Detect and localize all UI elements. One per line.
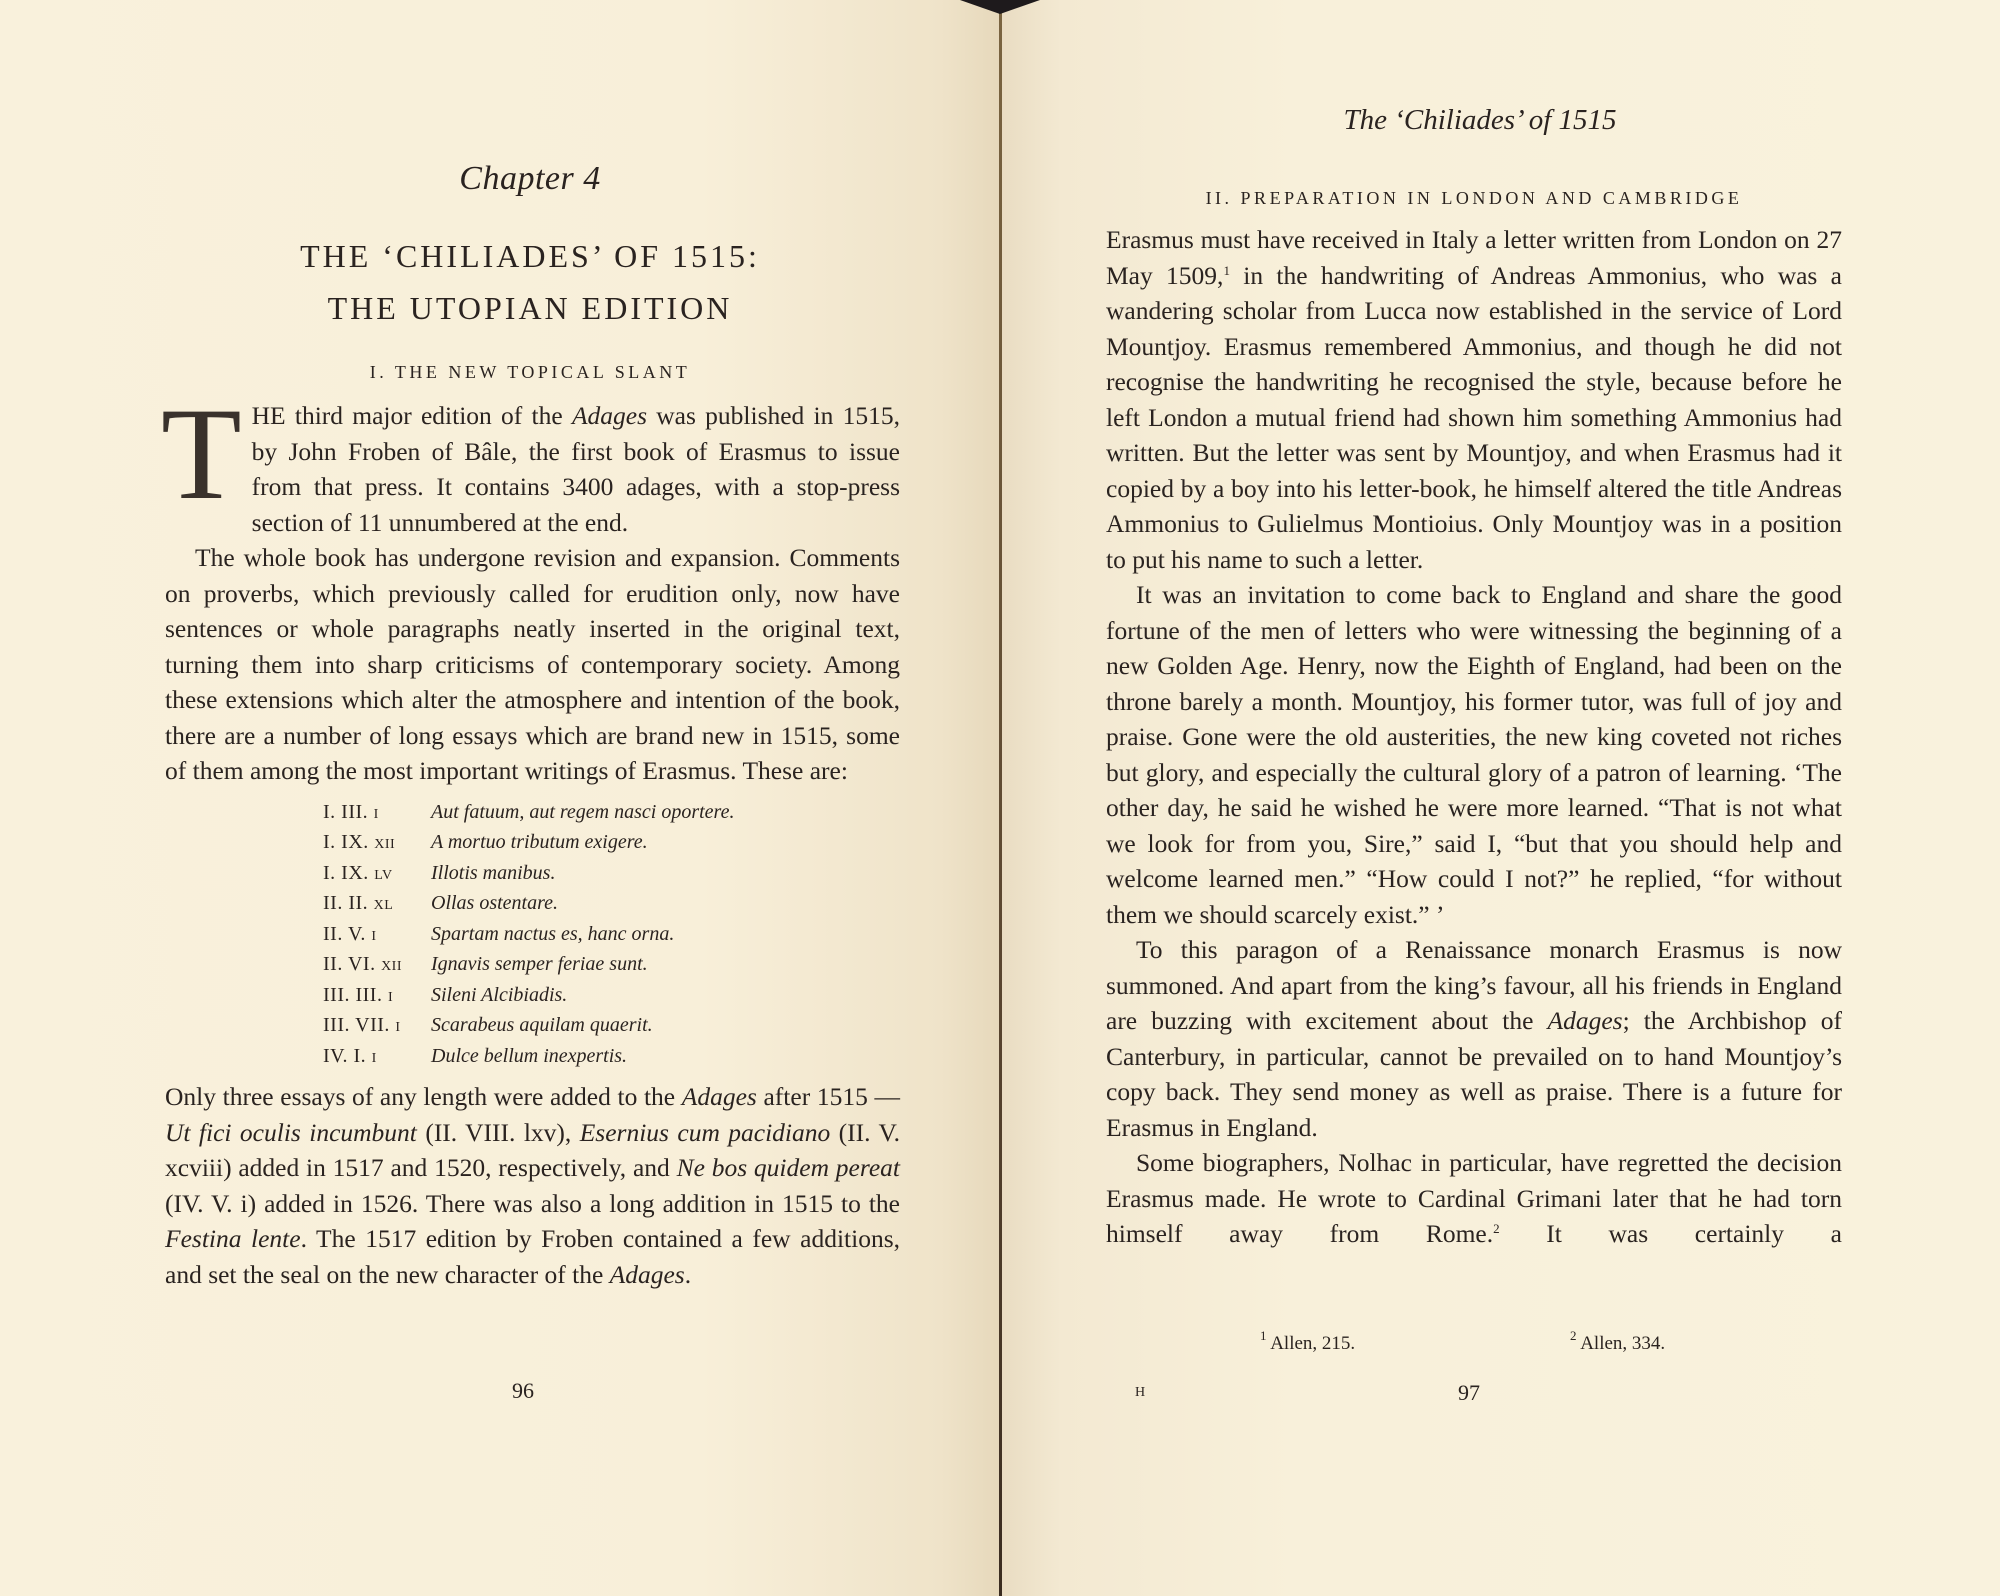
paragraph-1: Erasmus must have received in Italy a le…	[1106, 222, 1842, 577]
adage-title: Ignavis semper feriae sunt.	[431, 949, 648, 980]
adage-ref: III. VII. i	[323, 1010, 431, 1041]
book-spread: Chapter 4 THE ‘CHILIADES’ OF 1515: THE U…	[0, 0, 2000, 1596]
adage-title: Illotis manibus.	[431, 858, 555, 889]
italic-title: Adages	[682, 1082, 757, 1111]
adage-row: II. VI. xiiIgnavis semper feriae sunt.	[323, 949, 900, 980]
drop-cap: T	[161, 402, 242, 506]
paragraph-1: THE third major edition of the Adages wa…	[165, 398, 900, 540]
text-run: (IV. V. i) added in 1526. There was also…	[165, 1189, 900, 1218]
adage-row: IV. I. iDulce bellum inexpertis.	[323, 1041, 900, 1072]
paragraph-2: The whole book has undergone revision an…	[165, 540, 900, 789]
italic-title: Adages	[1548, 1006, 1623, 1035]
book-spine-gutter	[999, 8, 1002, 1596]
paragraph-2: It was an invitation to come back to Eng…	[1106, 577, 1842, 932]
chapter-title-line2: THE UTOPIAN EDITION	[150, 282, 910, 334]
adage-ref: I. IX. xii	[323, 827, 431, 858]
chapter-title-line1: THE ‘CHILIADES’ OF 1515:	[150, 230, 910, 282]
footnote-1: 1 Allen, 215.	[1260, 1333, 1355, 1355]
page-number-left: 96	[512, 1378, 534, 1404]
text-run: It was certainly a	[1500, 1219, 1842, 1248]
footnote-2: 2 Allen, 334.	[1570, 1333, 1665, 1355]
page-number-right: 97	[1458, 1380, 1480, 1406]
adage-row: II. V. iSpartam nactus es, hanc orna.	[323, 919, 900, 950]
adage-ref: I. III. i	[323, 797, 431, 828]
adage-ref: II. V. i	[323, 919, 431, 950]
text-run: in the handwriting of Andreas Ammonius, …	[1106, 261, 1842, 574]
text-run: (II. VIII. lxv),	[417, 1118, 580, 1147]
left-page: Chapter 4 THE ‘CHILIADES’ OF 1515: THE U…	[0, 0, 1001, 1596]
left-body-text: THE third major edition of the Adages wa…	[165, 398, 900, 1292]
adage-list: I. III. iAut fatuum, aut regem nasci opo…	[323, 797, 900, 1072]
italic-title: Adages	[572, 401, 647, 430]
italic-title: Ne bos quidem pereat	[677, 1153, 900, 1182]
adage-ref: I. IX. lv	[323, 858, 431, 889]
adage-row: III. III. iSileni Alcibiadis.	[323, 980, 900, 1011]
text-run: HE third major edition of the	[252, 401, 572, 430]
italic-title: Festina lente	[165, 1224, 301, 1253]
adage-title: Dulce bellum inexpertis.	[431, 1041, 627, 1072]
text-run: after 1515 —	[757, 1082, 900, 1111]
italic-title: Adages	[610, 1260, 685, 1289]
adage-row: II. II. xlOllas ostentare.	[323, 888, 900, 919]
adage-title: Scarabeus aquilam quaerit.	[431, 1010, 653, 1041]
adage-title: Spartam nactus es, hanc orna.	[431, 919, 674, 950]
adage-title: Sileni Alcibiadis.	[431, 980, 567, 1011]
italic-title: Ut fici oculis incumbunt	[165, 1118, 417, 1147]
text-run: Only three essays of any length were add…	[165, 1082, 682, 1111]
adage-ref: IV. I. i	[323, 1041, 431, 1072]
running-head: The ‘Chiliades’ of 1515	[1100, 104, 1860, 137]
adage-title: A mortuo tributum exigere.	[431, 827, 648, 858]
text-run: .	[685, 1260, 691, 1289]
section-heading-right: II. PREPARATION IN LONDON AND CAMBRIDGE	[1106, 188, 1842, 209]
footnote-text: Allen, 334.	[1577, 1333, 1666, 1354]
chapter-title: THE ‘CHILIADES’ OF 1515: THE UTOPIAN EDI…	[150, 230, 910, 334]
right-body-text: Erasmus must have received in Italy a le…	[1106, 222, 1842, 1252]
footnote-text: Allen, 215.	[1267, 1333, 1356, 1354]
adage-title: Aut fatuum, aut regem nasci oportere.	[431, 797, 734, 828]
chapter-label: Chapter 4	[150, 160, 910, 198]
adage-ref: II. II. xl	[323, 888, 431, 919]
signature-mark: H	[1135, 1385, 1145, 1401]
paragraph-3: Only three essays of any length were add…	[165, 1079, 900, 1292]
paragraph-4: Some biographers, Nolhac in particular, …	[1106, 1145, 1842, 1252]
adage-ref: II. VI. xii	[323, 949, 431, 980]
paragraph-3: To this paragon of a Renaissance monarch…	[1106, 932, 1842, 1145]
italic-title: Esernius cum pacidiano	[580, 1118, 831, 1147]
adage-row: III. VII. iScarabeus aquilam quaerit.	[323, 1010, 900, 1041]
section-heading: I. THE NEW TOPICAL SLANT	[150, 362, 910, 383]
adage-row: I. III. iAut fatuum, aut regem nasci opo…	[323, 797, 900, 828]
adage-title: Ollas ostentare.	[431, 888, 558, 919]
adage-ref: III. III. i	[323, 980, 431, 1011]
adage-row: I. IX. lvIllotis manibus.	[323, 858, 900, 889]
adage-row: I. IX. xiiA mortuo tributum exigere.	[323, 827, 900, 858]
